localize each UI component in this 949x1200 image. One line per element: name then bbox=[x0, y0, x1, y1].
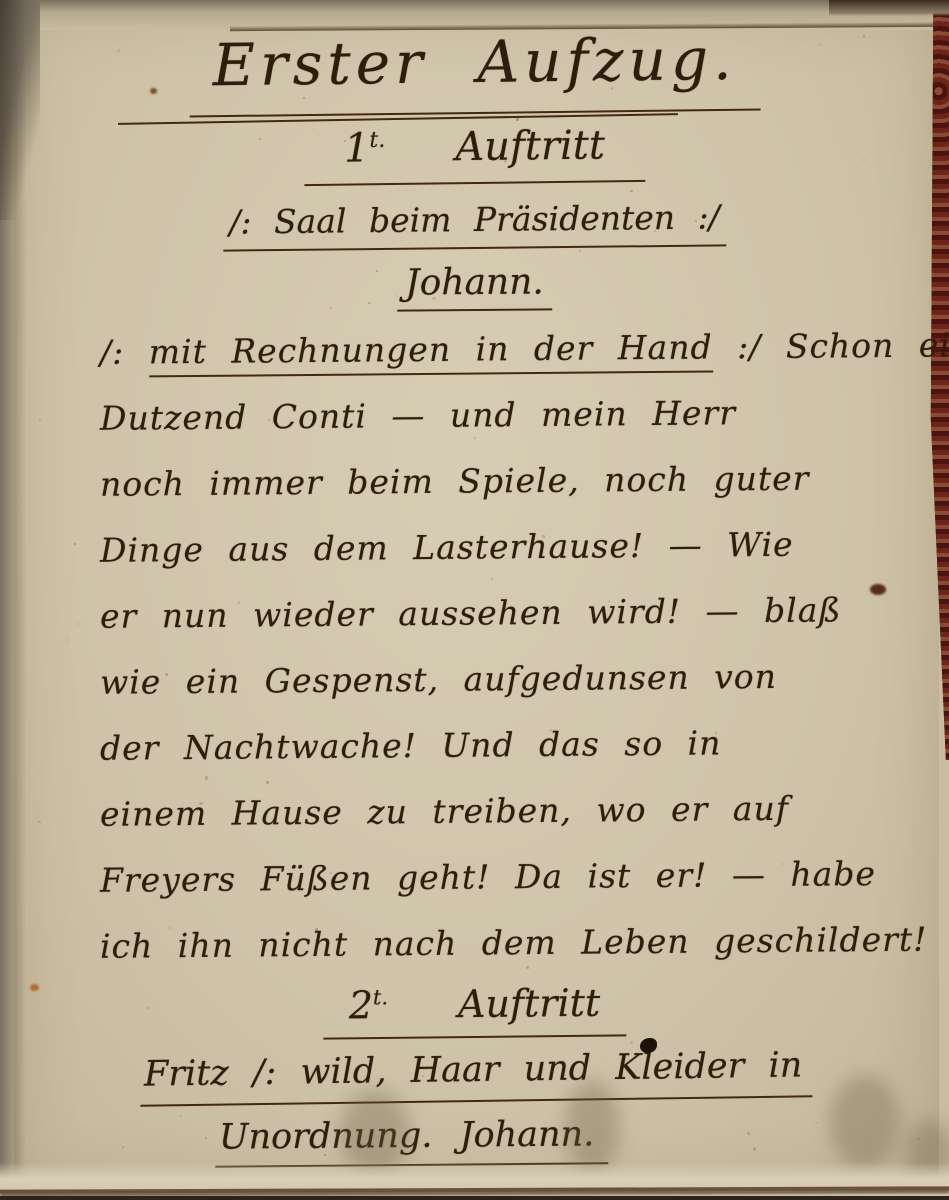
paper-speck bbox=[782, 863, 784, 865]
paper-speck bbox=[150, 88, 157, 94]
dialogue-line: Freyers Füßen geht! Da ist er! — habe bbox=[100, 840, 949, 914]
cover-top-edge bbox=[829, 0, 949, 16]
paper-speck bbox=[344, 140, 346, 142]
dialogue-line: noch immer beim Spiele, noch guter bbox=[100, 444, 949, 518]
photo-bottom-border bbox=[0, 1196, 949, 1200]
dialogue-line: der Nachtwache! Und das so in bbox=[100, 708, 949, 782]
paper-speck bbox=[74, 543, 76, 545]
next-page-edge bbox=[0, 1162, 949, 1200]
ink-stain bbox=[870, 584, 886, 595]
paper-speck bbox=[715, 732, 717, 734]
paper-speck bbox=[611, 87, 613, 89]
dialogue-block: /: mit Rechnungen in der Hand :/ Schon e… bbox=[100, 316, 949, 976]
paper-speck bbox=[77, 623, 79, 625]
dialogue-line: Dutzend Conti — und mein Herr bbox=[100, 378, 949, 452]
dialogue-line: er nun wieder aussehen wird! — blaß bbox=[100, 576, 949, 650]
paper-speck bbox=[549, 729, 552, 732]
act-heading: Erster Aufzug. bbox=[0, 22, 949, 102]
scene-1-heading-text: 1t.Auftritt bbox=[304, 122, 646, 186]
paper-speck bbox=[39, 419, 41, 421]
paper-speck bbox=[165, 673, 168, 676]
paper-speck bbox=[303, 97, 305, 99]
paper-speck bbox=[205, 776, 208, 779]
paper-speck bbox=[447, 747, 448, 748]
dialogue-line: einem Hause zu treiben, wo er auf bbox=[100, 774, 949, 848]
scene-2-heading-text: 2t.Auftritt bbox=[323, 980, 627, 1039]
paper-speck bbox=[579, 250, 581, 252]
paper-speck bbox=[608, 600, 610, 602]
paper-speck bbox=[315, 928, 318, 931]
paper-speck bbox=[526, 966, 529, 969]
manuscript-photo: Erster Aufzug. 1t.Auftritt /: Saal beim … bbox=[0, 0, 949, 1200]
paper-speck bbox=[630, 1041, 633, 1044]
dialogue-line: /: mit Rechnungen in der Hand :/ Schon e… bbox=[100, 312, 949, 386]
dialogue-line: wie ein Gespenst, aufgedunsen von bbox=[100, 642, 949, 716]
paper-speck bbox=[753, 1147, 756, 1150]
paper-speck bbox=[117, 49, 120, 52]
act-heading-text: Erster Aufzug. bbox=[188, 25, 761, 118]
stage-direction-closing: Unordnung. Johann. bbox=[215, 1114, 609, 1157]
paper-speck bbox=[323, 237, 325, 239]
paper-speck bbox=[917, 1137, 920, 1140]
dialogue-line: ich ihn nicht nach dem Leben geschildert… bbox=[100, 906, 949, 980]
paper-speck bbox=[199, 802, 202, 805]
paper-speck bbox=[143, 427, 146, 430]
paper-speck bbox=[205, 1137, 207, 1139]
paper-speck bbox=[431, 283, 433, 285]
bottom-smudge bbox=[565, 1080, 620, 1175]
speaker-name: Johann. bbox=[0, 258, 949, 307]
paper-speck bbox=[474, 437, 476, 439]
bottom-smudge bbox=[830, 1075, 900, 1170]
stage-direction-fritz: Fritz /: wild, Haar und Kleider in bbox=[140, 1045, 813, 1094]
paper-speck bbox=[695, 220, 697, 222]
paper-speck bbox=[747, 1132, 750, 1135]
paper-speck bbox=[497, 861, 498, 862]
rust-speck bbox=[30, 984, 39, 991]
dialogue-line: Dinge aus dem Lasterhause! — Wie bbox=[100, 510, 949, 584]
paper-speck bbox=[330, 872, 332, 874]
